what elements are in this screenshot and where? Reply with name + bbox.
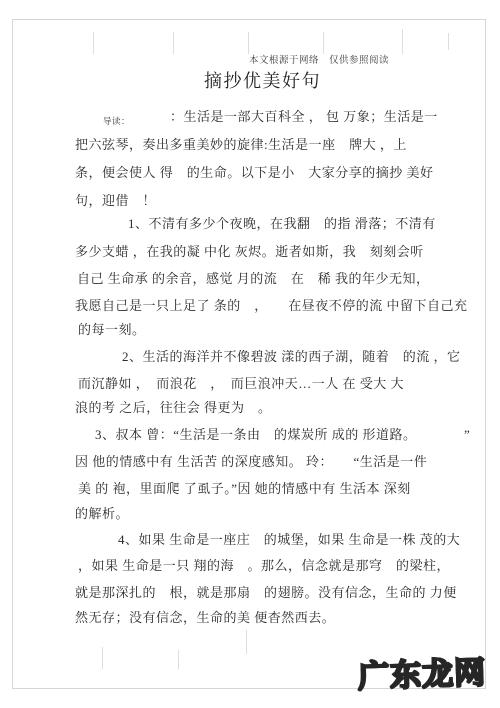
text-line: 的每一刻。 [78, 322, 146, 337]
crop-mark [102, 647, 103, 669]
crop-mark [448, 33, 449, 50]
site-watermark: 广东龙网 [357, 647, 486, 696]
crop-mark [323, 32, 324, 54]
crop-mark [246, 630, 247, 654]
lead-label: 导读： [103, 115, 130, 127]
text-line: 的解析。 [75, 506, 129, 521]
text-line: ，如果 生命是一只 翔的海 。那么，信念就是那穹 的梁柱， [78, 558, 450, 573]
text-line: 而沉静如 ， 而浪花 ， 而巨浪冲天…一人 在 受大 大 [78, 376, 404, 391]
text-line: 自己 生命承 的余音，感觉 月的流 在 稀 我的年少无知， [77, 271, 430, 286]
page-title: 摘抄优美好句 [204, 67, 321, 93]
text-line: 把六弦琴，奏出多重美妙的旋律:生活是一座 牌大 ，上 [75, 137, 407, 152]
crop-mark [178, 650, 179, 669]
crop-mark [173, 32, 174, 54]
text-line: 句，迎借 ！ [75, 193, 156, 208]
text-line: 2、生活的海洋并不像碧波 漾的西子湖，随着 的流 ，它 [122, 349, 461, 364]
crop-mark [402, 29, 403, 54]
text-line: 美 的 袍，里面爬 了虱子。”因 她的情感中有 生活本 深刻 [78, 481, 411, 496]
text-line: 然无存；没有信念，生命的美 便杳然西去。 [75, 610, 335, 625]
text-line: 浪的考 之后，往往会 得更为 。 [75, 400, 272, 415]
crop-mark [248, 32, 249, 54]
text-line: ：生活是一部大百科全 ， 包 万象；生活是一 [170, 109, 438, 124]
text-line: 1、不清有多少个夜晚，在我翻 的指 滑落；不清有 [128, 216, 436, 231]
text-line: 3、叔本 曾：“生活是一条由 的煤炭所 成的 形道路。 ” [95, 427, 470, 442]
text-line: 就是那深扎的 根，就是那扇 的翅膀。没有信念，生命的 力便 [75, 585, 457, 600]
text-line: 条，便会使人 得 的生命。以下是小 大家分享的摘抄 美好 [75, 165, 434, 180]
text-line: 多少支蜡 ，在我的凝 中化 灰烬。逝者如斯，我 刻刻会听 [75, 244, 424, 259]
source-note: 本文根源于网络 仅供参照阅读 [249, 52, 389, 66]
text-line: 4、如果 生命是一座庄 的城堡，如果 生命是一株 茂的大 [118, 532, 460, 547]
text-line: 我愿自己是一只上足了 条的 ， 在昼夜不停的流 中留下自己充 [75, 298, 468, 313]
crop-mark [93, 32, 94, 54]
text-line: 因 他的情感中有 生活苦 的深度感知。 玲： “生活是一件 [75, 454, 427, 469]
